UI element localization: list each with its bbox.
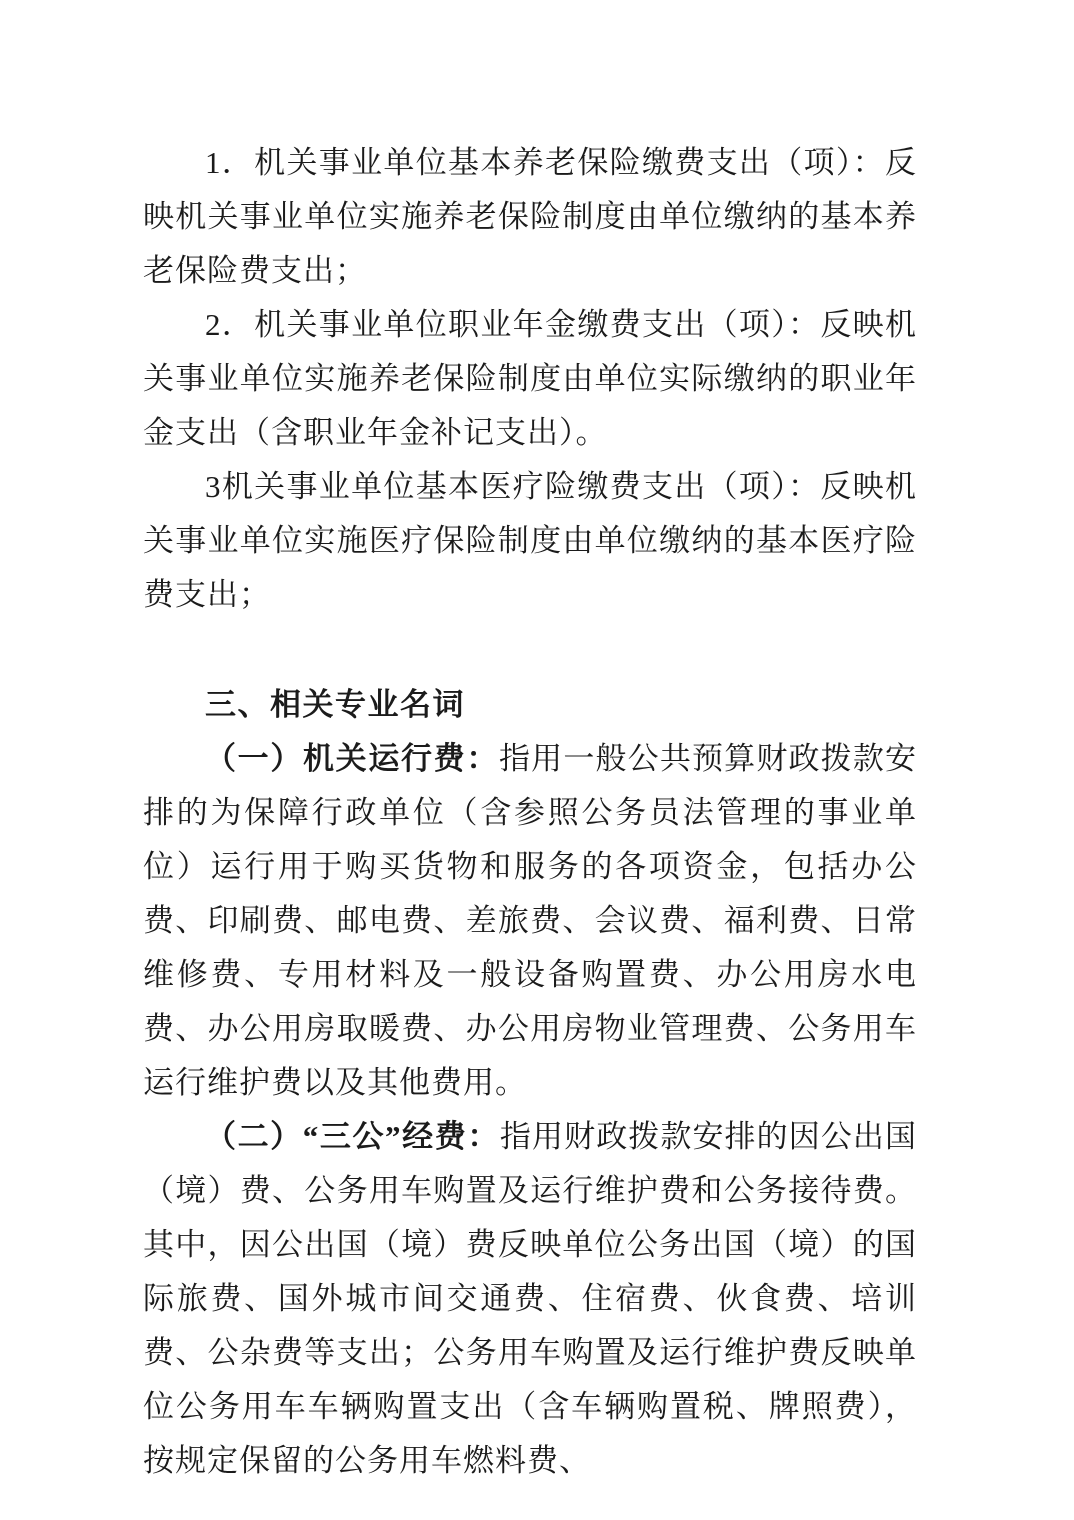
section-heading: 三、相关专业名词: [143, 678, 917, 732]
term-lead-1: （一）机关运行费：: [205, 741, 499, 776]
term-body-2: 指用财政拨款安排的因公出国（境）费、公务用车购置及运行维护费和公务接待费。其中，…: [143, 1119, 917, 1478]
document-page: 1．机关事业单位基本养老保险缴费支出（项）：反映机关事业单位实施养老保险制度由单…: [0, 0, 1074, 1520]
term-paragraph-2: （二）“三公”经费：指用财政拨款安排的因公出国（境）费、公务用车购置及运行维护费…: [143, 1110, 917, 1488]
numbered-item-3: 3机关事业单位基本医疗险缴费支出（项）：反映机关事业单位实施医疗保险制度由单位缴…: [143, 460, 917, 622]
term-body-1: 指用一般公共预算财政拨款安排的为保障行政单位（含参照公务员法管理的事业单位）运行…: [143, 741, 917, 1100]
term-paragraph-1: （一）机关运行费：指用一般公共预算财政拨款安排的为保障行政单位（含参照公务员法管…: [143, 732, 917, 1110]
numbered-item-2: 2．机关事业单位职业年金缴费支出（项）：反映机关事业单位实施养老保险制度由单位实…: [143, 298, 917, 460]
term-lead-2: （二）“三公”经费：: [205, 1119, 500, 1154]
numbered-item-1: 1．机关事业单位基本养老保险缴费支出（项）：反映机关事业单位实施养老保险制度由单…: [143, 136, 917, 298]
